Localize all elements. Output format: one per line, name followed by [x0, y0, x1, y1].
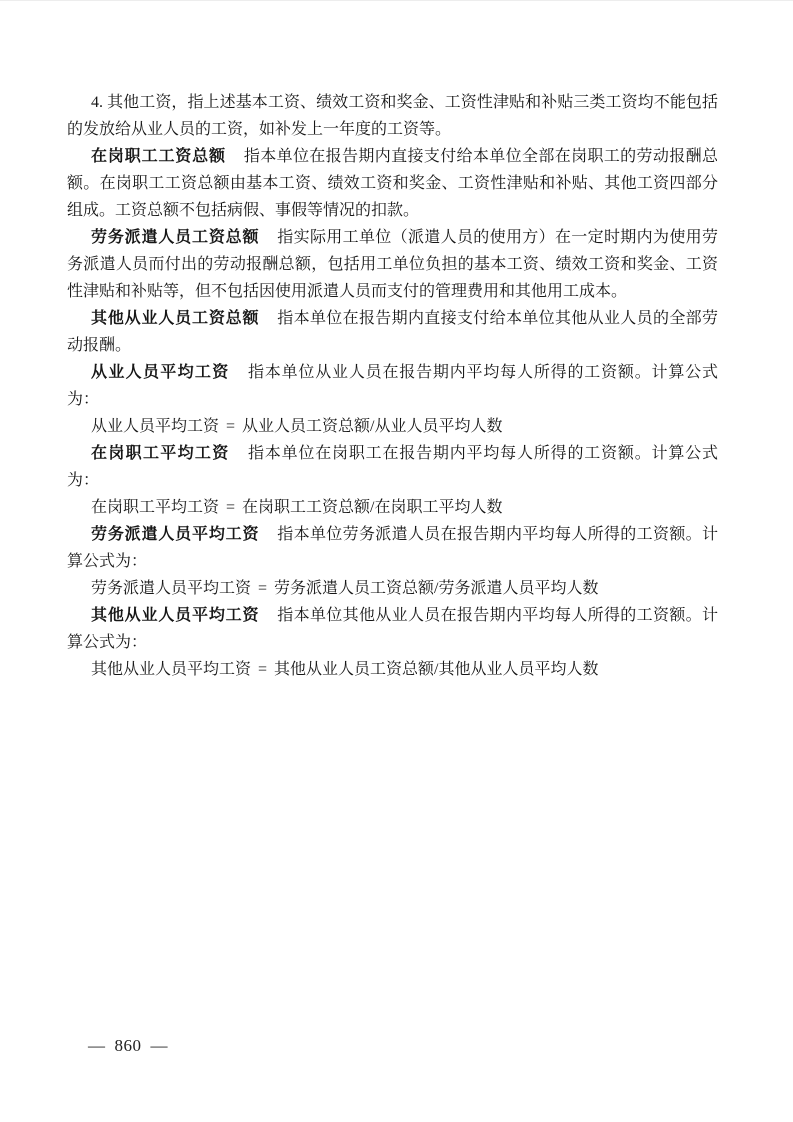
formula-dispatched-workers-average-wage: 劳务派遣人员平均工资 = 劳务派遣人员工资总额/劳务派遣人员平均人数	[67, 575, 718, 602]
footer-right-dash: —	[151, 1036, 169, 1056]
definition-dispatched-workers-average-wage: 劳务派遣人员平均工资指本单位劳务派遣人员在报告期内平均每人所得的工资额。计算公式…	[67, 521, 718, 575]
definition-other-employees-total-wages: 其他从业人员工资总额指本单位在报告期内直接支付给本单位其他从业人员的全部劳动报酬…	[67, 305, 718, 359]
definition-dispatched-workers-total-wages: 劳务派遣人员工资总额指实际用工单位（派遣人员的使用方）在一定时期内为使用劳务派遣…	[67, 224, 718, 305]
footer-left-dash: —	[88, 1036, 106, 1056]
numbered-item-text: 4. 其他工资，指上述基本工资、绩效工资和奖金、工资性津贴和补贴三类工资均不能包…	[67, 94, 718, 138]
page-body-text: 4. 其他工资，指上述基本工资、绩效工资和奖金、工资性津贴和补贴三类工资均不能包…	[67, 89, 718, 683]
term-label: 劳务派遣人员平均工资	[91, 526, 259, 543]
term-label: 从业人员平均工资	[91, 364, 230, 381]
formula-other-employees-average-wage: 其他从业人员平均工资 = 其他从业人员工资总额/其他从业人员平均人数	[67, 656, 718, 683]
definition-employees-average-wage: 从业人员平均工资指本单位从业人员在报告期内平均每人所得的工资额。计算公式为：	[67, 359, 718, 413]
term-label: 其他从业人员工资总额	[91, 310, 259, 327]
definition-staff-average-wage: 在岗职工平均工资指本单位在岗职工在报告期内平均每人所得的工资额。计算公式为：	[67, 440, 718, 494]
page-number: 860	[115, 1036, 142, 1056]
term-label: 其他从业人员平均工资	[91, 607, 259, 624]
term-label: 在岗职工工资总额	[91, 148, 226, 165]
page-footer: —860—	[88, 1036, 168, 1056]
numbered-item-other-wages: 4. 其他工资，指上述基本工资、绩效工资和奖金、工资性津贴和补贴三类工资均不能包…	[67, 89, 718, 143]
definition-other-employees-average-wage: 其他从业人员平均工资指本单位其他从业人员在报告期内平均每人所得的工资额。计算公式…	[67, 602, 718, 656]
term-label: 劳务派遣人员工资总额	[91, 229, 259, 246]
formula-employees-average-wage: 从业人员平均工资 = 从业人员工资总额/从业人员平均人数	[67, 413, 718, 440]
definition-employed-staff-total-wages: 在岗职工工资总额指本单位在报告期内直接支付给本单位全部在岗职工的劳动报酬总额。在…	[67, 143, 718, 224]
document-page: 4. 其他工资，指上述基本工资、绩效工资和奖金、工资性津贴和补贴三类工资均不能包…	[0, 0, 793, 1122]
formula-staff-average-wage: 在岗职工平均工资 = 在岗职工工资总额/在岗职工平均人数	[67, 494, 718, 521]
term-label: 在岗职工平均工资	[91, 445, 230, 462]
